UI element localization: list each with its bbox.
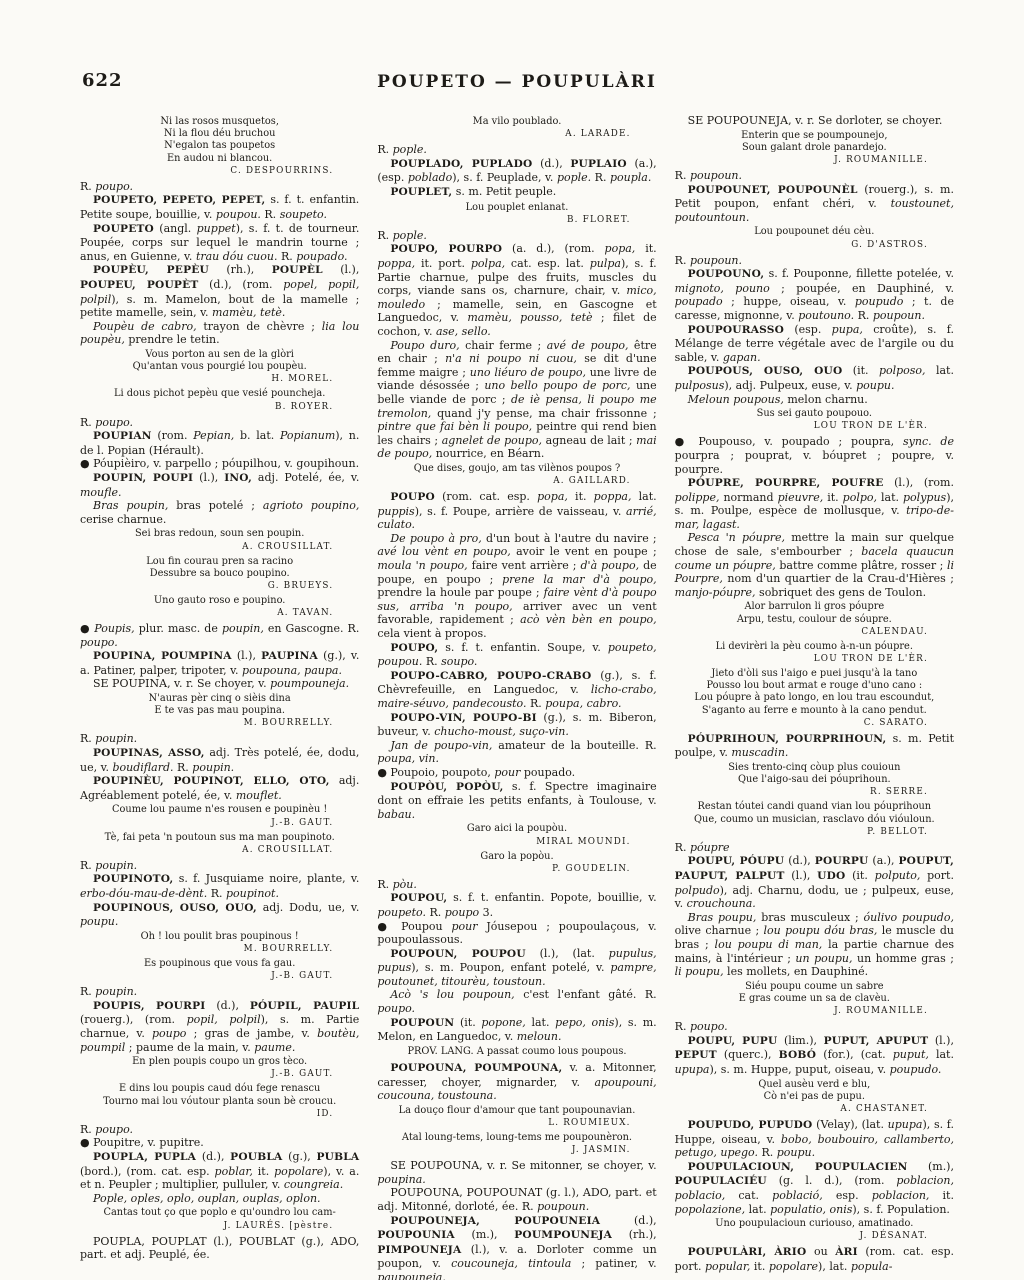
verse-quote: Lou poupounet déu cèu.G. D'ASTROS.: [675, 226, 954, 250]
dictionary-entry: POUPOUS, OUSO, OUO (it. polposo, lat. pu…: [675, 364, 954, 392]
verse-line: Cò n'ei pas de pupu.: [675, 1091, 954, 1103]
dictionary-entry: SE POUPOUNEJA, v. r. Se dorloter, se cho…: [675, 114, 954, 128]
verse-quote: Quel ausèu verd e blu,Cò n'ei pas de pup…: [675, 1079, 954, 1115]
verse-line: Lou póupre à pato longo, en lou trau esc…: [675, 692, 954, 704]
cross-reference: ● Poupou pour Jóusepou ; poupoulaçous, v…: [377, 920, 656, 947]
verse-line: Sus sei gauto poupouo.: [675, 408, 954, 420]
verse-quote: Enterin que se poumpounejo,Soun galant d…: [675, 130, 954, 166]
verse-attribution: J. ROUMANILLE.: [675, 155, 954, 166]
dictionary-entry: SE POUPINA, v. r. Se choyer, v. poumpoun…: [80, 677, 359, 691]
verse-attribution: J. JASMIN.: [377, 1145, 656, 1156]
verse-line: N'egalon tas poupetos: [80, 140, 359, 152]
verse-quote: Atal loung-tems, loung-tems me poupounèr…: [377, 1132, 656, 1156]
dictionary-entry: POUPOUNA, POUMPOUNA, v. a. Mitonner, car…: [377, 1061, 656, 1103]
verse-line: Siéu poupu coume un sabre: [675, 981, 954, 993]
dictionary-entry: POUPIS, POURPI (d.), PÓUPIL, PAUPIL (rou…: [80, 999, 359, 1054]
dictionary-entry: POUPINA, POUMPINA (l.), PAUPINA (g.), v.…: [80, 649, 359, 677]
dictionary-entry: POUPINOUS, OUSO, OUO, adj. Dodu, ue, v. …: [80, 901, 359, 929]
verse-attribution: J. DÉSANAT.: [675, 1231, 954, 1242]
dictionary-entry: POUPU, PUPU (lim.), PUPUT, APUPUT (l.), …: [675, 1034, 954, 1077]
verse-quote: Ni las rosos musquetos,Ni la flou déu br…: [80, 116, 359, 177]
verse-quote: Garo la popòu.P. GOUDELIN.: [377, 851, 656, 875]
verse-attribution: B. FLORET.: [377, 215, 656, 226]
cross-reference: R. poupo.: [80, 1123, 359, 1137]
column-2: Ma vilo poublado.A. LARADE.R. pople.POUP…: [377, 114, 656, 1280]
verse-quote: Li devirèri la pèu coumo à-n-un póupre.L…: [675, 641, 954, 665]
verse-line: Ni las rosos musquetos,: [80, 116, 359, 128]
column-1: Ni las rosos musquetos,Ni la flou déu br…: [80, 114, 359, 1280]
verse-quote: Sies trento-cinq còup plus couiounQue l'…: [675, 762, 954, 798]
example-paragraph: Poupèu de cabro, trayon de chèvre ; lia …: [80, 320, 359, 347]
dictionary-entry: POUPINOTO, s. f. Jusquiame noire, plante…: [80, 872, 359, 900]
verse-line: PROV. LANG. A passat coumo lous poupous.: [377, 1046, 656, 1058]
dictionary-entry: POUPOURASSO (esp. pupa, croûte), s. f. M…: [675, 323, 954, 365]
verse-line: Ma vilo poublado.: [377, 116, 656, 128]
verse-line: Soun galant drole panardejo.: [675, 142, 954, 154]
verse-line: Oh ! lou poulit bras poupinous !: [80, 931, 359, 943]
verse-attribution: CALENDAU.: [675, 627, 954, 638]
cross-reference: R. poupo.: [675, 1020, 954, 1034]
dictionary-entry: POUPLADO, PUPLADO (d.), PUPLAIO (a.), (e…: [377, 157, 656, 185]
verse-attribution: G. BRUEYS.: [80, 581, 359, 592]
verse-quote: Ma vilo poublado.A. LARADE.: [377, 116, 656, 140]
dictionary-entry: POUPINAS, ASSO, adj. Très potelé, ée, do…: [80, 746, 359, 774]
example-paragraph: De poupo à pro, d'un bout à l'autre du n…: [377, 532, 656, 641]
verse-line: Arpu, testu, coulour de sóupre.: [675, 614, 954, 626]
verse-quote: Garo aici la poupòu.MIRAL MOUNDI.: [377, 823, 656, 847]
verse-attribution: A. CROUSILLAT.: [80, 845, 359, 856]
verse-attribution: J. LAURÉS. [pèstre.: [80, 1221, 359, 1232]
text-columns: Ni las rosos musquetos,Ni la flou déu br…: [80, 114, 954, 1280]
verse-attribution: LOU TRON DE L'ÈR.: [675, 654, 954, 665]
verse-line: Que, coumo un musician, rasclavo dóu vió…: [675, 814, 954, 826]
verse-attribution: A. GAILLARD.: [377, 476, 656, 487]
verse-quote: Sus sei gauto poupouo.LOU TRON DE L'ÈR.: [675, 408, 954, 432]
verse-line: Lou pouplet enlanat.: [377, 202, 656, 214]
verse-line: Uno gauto roso e poupino.: [80, 595, 359, 607]
verse-line: Garo aici la poupòu.: [377, 823, 656, 835]
verse-quote: E dins lou poupis caud dóu fege renascuT…: [80, 1083, 359, 1119]
cross-reference: R. pòu.: [377, 878, 656, 892]
dictionary-entry: POUPO, POURPO (a. d.), (rom. popa, it. p…: [377, 242, 656, 338]
verse-line: Atal loung-tems, loung-tems me poupounèr…: [377, 1132, 656, 1144]
verse-quote: La douço flour d'amour que tant poupouna…: [377, 1105, 656, 1129]
verse-line: E dins lou poupis caud dóu fege renascu: [80, 1083, 359, 1095]
dictionary-entry: POUPOUNO, s. f. Pouponne, fillette potel…: [675, 267, 954, 322]
dictionary-entry: POUPIAN (rom. Pepian, b. lat. Popianum),…: [80, 429, 359, 457]
verse-attribution: MIRAL MOUNDI.: [377, 837, 656, 848]
dictionary-entry: PÓUPRE, POURPRE, POUFRE (l.), (rom. poli…: [675, 476, 954, 531]
dictionary-entry: POUPETO, PEPETO, PEPET, s. f. t. enfanti…: [80, 193, 359, 221]
verse-line: E te vas pas mau poupina.: [80, 705, 359, 717]
verse-quote: Lou pouplet enlanat.B. FLORET.: [377, 202, 656, 226]
dictionary-entry: POUPULÀRI, ÀRIO ou ÀRI (rom. cat. esp. p…: [675, 1245, 954, 1273]
example-paragraph: Acò 's lou poupoun, c'est l'enfant gâté.…: [377, 988, 656, 1015]
page-header: 622 POUPETO — POUPULÀRI: [80, 70, 954, 100]
verse-quote: En plen poupis coupo un gros tèco.J.-B. …: [80, 1056, 359, 1080]
cross-reference: ● Poupis, plur. masc. de poupin, en Gasc…: [80, 622, 359, 649]
column-3: SE POUPOUNEJA, v. r. Se dorloter, se cho…: [675, 114, 954, 1280]
cross-reference: R. poupoun.: [675, 169, 954, 183]
verse-attribution: A. TAVAN.: [80, 608, 359, 619]
verse-attribution: P. GOUDELIN.: [377, 864, 656, 875]
verse-attribution: L. ROUMIEUX.: [377, 1118, 656, 1129]
example-paragraph: Bras poupu, bras musculeux ; óulivo poup…: [675, 911, 954, 979]
verse-quote: N'auras pèr cinq o sièis dinaE te vas pa…: [80, 693, 359, 729]
verse-quote: Li dous pichot pepèu que vesié pouncheja…: [80, 388, 359, 412]
dictionary-entry: POUPOUNA, POUPOUNAT (g. l.), ADO, part. …: [377, 1186, 656, 1213]
verse-quote: Siéu poupu coume un sabreE gras coume un…: [675, 981, 954, 1017]
verse-attribution: J.-B. GAUT.: [80, 1069, 359, 1080]
verse-attribution: J.-B. GAUT.: [80, 971, 359, 982]
verse-line: Que l'aigo-sau dei póuprihoun.: [675, 774, 954, 786]
verse-line: Li devirèri la pèu coumo à-n-un póupre.: [675, 641, 954, 653]
example-paragraph: Meloun poupous, melon charnu.: [675, 393, 954, 407]
verse-line: Tè, fai peta 'n poutoun sus ma man poupi…: [80, 832, 359, 844]
verse-line: Garo la popòu.: [377, 851, 656, 863]
verse-line: Jieto d'òli sus l'aigo e puei jusqu'à la…: [675, 668, 954, 680]
dictionary-entry: POUPO (rom. cat. esp. popa, it. poppa, l…: [377, 490, 656, 532]
cross-reference: R. poupin.: [80, 732, 359, 746]
verse-attribution: P. BELLOT.: [675, 827, 954, 838]
dictionary-entry: POUPLA, POUPLAT (l.), POUBLAT (g.), ADO,…: [80, 1235, 359, 1262]
verse-line: Uno poupulacioun curiouso, amatinado.: [675, 1218, 954, 1230]
verse-line: Sies trento-cinq còup plus couioun: [675, 762, 954, 774]
verse-quote: Es poupinous que vous fa gau.J.-B. GAUT.: [80, 958, 359, 982]
dictionary-entry: POUPOU, s. f. t. enfantin. Popote, bouil…: [377, 891, 656, 919]
verse-line: Sei bras redoun, soun sen poupin.: [80, 528, 359, 540]
verse-line: La douço flour d'amour que tant poupouna…: [377, 1105, 656, 1117]
example-paragraph: Poupo duro, chair ferme ; avé de poupo, …: [377, 339, 656, 461]
dictionary-entry: POUPO, s. f. t. enfantin. Soupe, v. poup…: [377, 641, 656, 669]
verse-line: En plen poupis coupo un gros tèco.: [80, 1056, 359, 1068]
cross-reference: R. poupin.: [80, 985, 359, 999]
verse-line: En audou ni blancou.: [80, 153, 359, 165]
verse-quote: Restan tóutei candi quand vian lou póupr…: [675, 801, 954, 837]
verse-quote: Coume lou paume n'es rousen e poupinèu !…: [80, 804, 359, 828]
verse-quote: Jieto d'òli sus l'aigo e puei jusqu'à la…: [675, 668, 954, 729]
verse-line: Li dous pichot pepèu que vesié pouncheja…: [80, 388, 359, 400]
verse-quote: Tè, fai peta 'n poutoun sus ma man poupi…: [80, 832, 359, 856]
verse-attribution: B. ROYER.: [80, 402, 359, 413]
verse-quote: Uno gauto roso e poupino.A. TAVAN.: [80, 595, 359, 619]
dictionary-entry: POUPOUN (it. popone, lat. pepo, onis), s…: [377, 1016, 656, 1044]
cross-reference: R. poupoun.: [675, 254, 954, 268]
verse-quote: Sei bras redoun, soun sen poupin.A. CROU…: [80, 528, 359, 552]
verse-attribution: A. CHASTANET.: [675, 1104, 954, 1115]
verse-attribution: ID.: [80, 1109, 359, 1120]
dictionary-entry: POUPINÈU, POUPINOT, ELLO, OTO, adj. Agré…: [80, 774, 359, 802]
dictionary-page: 622 POUPETO — POUPULÀRI Ni las rosos mus…: [0, 0, 1024, 1280]
dictionary-entry: POUPIN, POUPI (l.), INO, adj. Potelé, ée…: [80, 471, 359, 499]
verse-line: Pousso lou bout armat e rouge d'uno cano…: [675, 680, 954, 692]
cross-reference: R. poupin.: [80, 859, 359, 873]
verse-quote: Cantas tout ço que poplo e qu'oundro lou…: [80, 1207, 359, 1231]
dictionary-entry: POUPO-VIN, POUPO-BI (g.), s. m. Biberon,…: [377, 711, 656, 739]
cross-reference: ● Poupouso, v. poupado ; poupra, sync. d…: [675, 435, 954, 476]
verse-attribution: M. BOURRELLY.: [80, 718, 359, 729]
verse-line: S'aganto au ferre e mounto à la cano pen…: [675, 705, 954, 717]
cross-reference: R. poupo.: [80, 180, 359, 194]
dictionary-entry: POUPO-CABRO, POUPO-CRABO (g.), s. f. Chè…: [377, 669, 656, 711]
verse-line: Vous porton au sen de la glòri: [80, 349, 359, 361]
dictionary-entry: POUPOUNEJA, POUPOUNEIA (d.), POUPOUNIA (…: [377, 1214, 656, 1280]
running-title: POUPETO — POUPULÀRI: [80, 72, 954, 92]
dictionary-entry: PÓUPRIHOUN, POURPRIHOUN, s. m. Petit pou…: [675, 732, 954, 760]
verse-attribution: J. ROUMANILLE.: [675, 1006, 954, 1017]
cross-reference: ● Poupoio, poupoto, pour poupado.: [377, 766, 656, 780]
dictionary-entry: POUPU, PÓUPU (d.), POURPU (a.), POUPUT, …: [675, 854, 954, 910]
verse-line: Que dises, goujo, am tas vilènos poupos …: [377, 463, 656, 475]
verse-attribution: J.-B. GAUT.: [80, 818, 359, 829]
dictionary-entry: POUPULACIOUN, POUPULACIEN (m.), POUPULAC…: [675, 1160, 954, 1216]
verse-line: Qu'antan vous pourgié lou poupèu.: [80, 361, 359, 373]
verse-attribution: C. SARATO.: [675, 718, 954, 729]
dictionary-entry: POUPLET, s. m. Petit peuple.: [377, 185, 656, 200]
example-paragraph: Jan de poupo-vin, amateur de la bouteill…: [377, 739, 656, 766]
verse-line: Lou fin courau pren sa racino: [80, 556, 359, 568]
example-paragraph: Pople, oples, oplo, ouplan, ouplas, oplo…: [80, 1192, 359, 1206]
verse-attribution: A. LARADE.: [377, 129, 656, 140]
dictionary-entry: POUPOUNET, POUPOUNÈL (rouerg.), s. m. Pe…: [675, 183, 954, 225]
verse-line: Quel ausèu verd e blu,: [675, 1079, 954, 1091]
verse-quote: PROV. LANG. A passat coumo lous poupous.: [377, 1046, 656, 1058]
verse-attribution: M. BOURRELLY.: [80, 944, 359, 955]
verse-line: N'auras pèr cinq o sièis dina: [80, 693, 359, 705]
dictionary-entry: POUPOUN, POUPOU (l.), (lat. pupulus, pup…: [377, 947, 656, 989]
verse-line: Enterin que se poumpounejo,: [675, 130, 954, 142]
verse-line: Cantas tout ço que poplo e qu'oundro lou…: [80, 1207, 359, 1219]
dictionary-entry: POUPÒU, POPÒU, s. f. Spectre imaginaire …: [377, 780, 656, 822]
verse-line: Tourno mai lou vóutour planta soun bè cr…: [80, 1096, 359, 1108]
cross-reference: R. pople.: [377, 143, 656, 157]
cross-reference: R. pople.: [377, 229, 656, 243]
cross-reference: ● Póupièiro, v. parpello ; póupilhou, v.…: [80, 457, 359, 471]
example-paragraph: Pesca 'n póupre, mettre la main sur quel…: [675, 531, 954, 599]
verse-quote: Lou fin courau pren sa racinoDessubre sa…: [80, 556, 359, 592]
verse-attribution: A. CROUSILLAT.: [80, 542, 359, 553]
verse-line: Dessubre sa bouco poupino.: [80, 568, 359, 580]
verse-line: Lou poupounet déu cèu.: [675, 226, 954, 238]
verse-line: Ni la flou déu bruchou: [80, 128, 359, 140]
verse-attribution: R. SERRE.: [675, 787, 954, 798]
dictionary-entry: POUPETO (angl. puppet), s. f. t. de tour…: [80, 222, 359, 264]
verse-quote: Uno poupulacioun curiouso, amatinado.J. …: [675, 1218, 954, 1242]
dictionary-entry: POUPÈU, PEPÈU (rh.), POUPÈL (l.), POUPEU…: [80, 263, 359, 319]
cross-reference: R. póupre: [675, 841, 954, 855]
example-paragraph: Bras poupin, bras potelé ; agrioto poupi…: [80, 499, 359, 526]
cross-reference: R. poupo.: [80, 416, 359, 430]
verse-quote: Vous porton au sen de la glòriQu'antan v…: [80, 349, 359, 385]
verse-line: Alor barrulon li gros póupre: [675, 601, 954, 613]
verse-attribution: H. MOREL.: [80, 374, 359, 385]
cross-reference: ● Poupitre, v. pupitre.: [80, 1136, 359, 1150]
verse-line: Coume lou paume n'es rousen e poupinèu !: [80, 804, 359, 816]
dictionary-entry: POUPUDO, PUPUDO (Velay), (lat. upupa), s…: [675, 1118, 954, 1160]
dictionary-entry: SE POUPOUNA, v. r. Se mitonner, se choye…: [377, 1159, 656, 1186]
verse-quote: Que dises, goujo, am tas vilènos poupos …: [377, 463, 656, 487]
verse-attribution: LOU TRON DE L'ÈR.: [675, 421, 954, 432]
verse-quote: Alor barrulon li gros póupreArpu, testu,…: [675, 601, 954, 637]
verse-quote: Oh ! lou poulit bras poupinous !M. BOURR…: [80, 931, 359, 955]
verse-attribution: C. DESPOURRINS.: [80, 166, 359, 177]
verse-line: Es poupinous que vous fa gau.: [80, 958, 359, 970]
verse-line: E gras coume un sa de clavèu.: [675, 993, 954, 1005]
dictionary-entry: POUPLA, PUPLA (d.), POUBLA (g.), PUBLA (…: [80, 1150, 359, 1192]
verse-line: Restan tóutei candi quand vian lou póupr…: [675, 801, 954, 813]
verse-attribution: G. D'ASTROS.: [675, 240, 954, 251]
